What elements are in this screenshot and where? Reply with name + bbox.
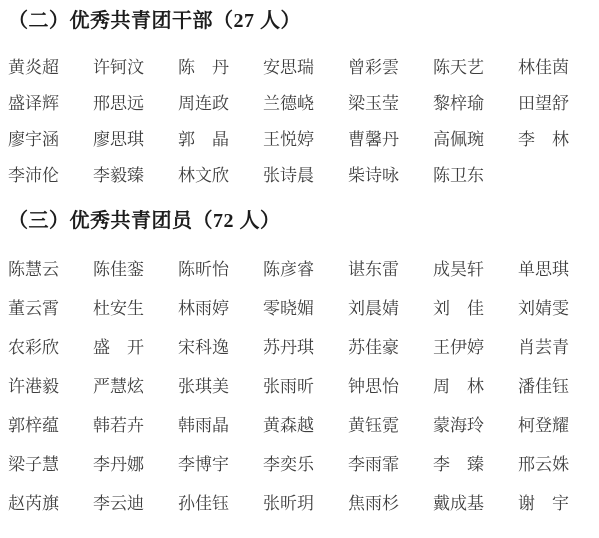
person-name: 盛 开 xyxy=(93,328,178,367)
person-name: 周 林 xyxy=(433,367,518,406)
person-name: 李沛伦 xyxy=(8,158,93,194)
person-name: 陈昕怡 xyxy=(178,250,263,289)
person-name: 农彩欣 xyxy=(8,328,93,367)
person-name: 韩雨晶 xyxy=(178,406,263,445)
person-name: 柴诗咏 xyxy=(348,158,433,194)
person-name: 郭梓蕴 xyxy=(8,406,93,445)
person-name: 单思琪 xyxy=(518,250,599,289)
person-name: 陈卫东 xyxy=(433,158,518,194)
name-row: 黄炎超许钶汶陈 丹安思瑞曾彩雲陈天艺林佳茵 xyxy=(8,50,599,86)
document-page: （二）优秀共青团干部（27 人） 黄炎超许钶汶陈 丹安思瑞曾彩雲陈天艺林佳茵盛译… xyxy=(0,0,599,538)
person-name: 杜安生 xyxy=(93,289,178,328)
person-name: 蒙海玲 xyxy=(433,406,518,445)
person-name: 曾彩雲 xyxy=(348,50,433,86)
person-name: 陈 丹 xyxy=(178,50,263,86)
name-row: 陈慧云陈佳銮陈昕怡陈彦睿谌东雷成昊轩单思琪 xyxy=(8,250,599,289)
person-name: 周连政 xyxy=(178,86,263,122)
person-name: 廖宇涵 xyxy=(8,122,93,158)
name-row: 盛译辉邢思远周连政兰德峣梁玉莹黎梓瑜田望舒 xyxy=(8,86,599,122)
person-name: 邢思远 xyxy=(93,86,178,122)
person-name: 许钶汶 xyxy=(93,50,178,86)
person-name: 张昕玥 xyxy=(263,484,348,523)
name-row: 许港毅严慧炫张琪美张雨昕钟思怡周 林潘佳钰 xyxy=(8,367,599,406)
name-row: 赵芮旗李云迪孙佳钰张昕玥焦雨杉戴成基谢 宇 xyxy=(8,484,599,523)
person-name: 李 臻 xyxy=(433,445,518,484)
person-name: 刘 佳 xyxy=(433,289,518,328)
person-name: 曹馨丹 xyxy=(348,122,433,158)
name-row: 廖宇涵廖思琪郭 晶王悦婷曹馨丹高佩琬李 林 xyxy=(8,122,599,158)
person-name: 苏丹琪 xyxy=(263,328,348,367)
person-name: 李云迪 xyxy=(93,484,178,523)
section-title: （三）优秀共青团员（72 人） xyxy=(8,208,599,234)
name-row: 梁子慧李丹娜李博宇李奕乐李雨霏李 臻邢云姝 xyxy=(8,445,599,484)
person-name: 王伊婷 xyxy=(433,328,518,367)
person-name: 邢云姝 xyxy=(518,445,599,484)
person-name: 廖思琪 xyxy=(93,122,178,158)
person-name: 肖芸青 xyxy=(518,328,599,367)
name-list: 黄炎超许钶汶陈 丹安思瑞曾彩雲陈天艺林佳茵盛译辉邢思远周连政兰德峣梁玉莹黎梓瑜田… xyxy=(8,50,599,194)
person-name: 陈佳銮 xyxy=(93,250,178,289)
person-name: 张雨昕 xyxy=(263,367,348,406)
person-name: 林佳茵 xyxy=(518,50,599,86)
name-row: 郭梓蕴韩若卉韩雨晶黄森越黄钰霓蒙海玲柯登耀 xyxy=(8,406,599,445)
person-name: 韩若卉 xyxy=(93,406,178,445)
person-name: 梁玉莹 xyxy=(348,86,433,122)
person-name: 王悦婷 xyxy=(263,122,348,158)
person-name: 钟思怡 xyxy=(348,367,433,406)
person-name: 李博宇 xyxy=(178,445,263,484)
section-title: （二）优秀共青团干部（27 人） xyxy=(8,8,599,34)
person-name: 陈慧云 xyxy=(8,250,93,289)
person-name: 黎梓瑜 xyxy=(433,86,518,122)
person-name: 林文欣 xyxy=(178,158,263,194)
person-name: 成昊轩 xyxy=(433,250,518,289)
person-name: 刘婧雯 xyxy=(518,289,599,328)
name-row: 董云霄杜安生林雨婷零晓媚刘晨婧刘 佳刘婧雯 xyxy=(8,289,599,328)
person-name: 张诗晨 xyxy=(263,158,348,194)
section-youth-league-members: （三）优秀共青团员（72 人） 陈慧云陈佳銮陈昕怡陈彦睿谌东雷成昊轩单思琪董云霄… xyxy=(8,208,599,523)
person-name: 陈天艺 xyxy=(433,50,518,86)
person-name: 林雨婷 xyxy=(178,289,263,328)
person-name: 李毅臻 xyxy=(93,158,178,194)
person-name: 严慧炫 xyxy=(93,367,178,406)
person-name: 梁子慧 xyxy=(8,445,93,484)
person-name: 焦雨杉 xyxy=(348,484,433,523)
person-name: 郭 晶 xyxy=(178,122,263,158)
name-row: 李沛伦李毅臻林文欣张诗晨柴诗咏陈卫东 xyxy=(8,158,599,194)
person-name: 张琪美 xyxy=(178,367,263,406)
name-row: 农彩欣盛 开宋科逸苏丹琪苏佳豪王伊婷肖芸青 xyxy=(8,328,599,367)
person-name: 李雨霏 xyxy=(348,445,433,484)
person-name: 戴成基 xyxy=(433,484,518,523)
person-name: 李 林 xyxy=(518,122,599,158)
person-name: 赵芮旗 xyxy=(8,484,93,523)
person-name: 孙佳钰 xyxy=(178,484,263,523)
person-name: 安思瑞 xyxy=(263,50,348,86)
person-name: 许港毅 xyxy=(8,367,93,406)
name-list: 陈慧云陈佳銮陈昕怡陈彦睿谌东雷成昊轩单思琪董云霄杜安生林雨婷零晓媚刘晨婧刘 佳刘… xyxy=(8,250,599,523)
person-name: 黄钰霓 xyxy=(348,406,433,445)
person-name: 刘晨婧 xyxy=(348,289,433,328)
person-name: 田望舒 xyxy=(518,86,599,122)
person-name: 兰德峣 xyxy=(263,86,348,122)
person-name: 董云霄 xyxy=(8,289,93,328)
person-name: 盛译辉 xyxy=(8,86,93,122)
person-name: 苏佳豪 xyxy=(348,328,433,367)
person-name: 陈彦睿 xyxy=(263,250,348,289)
person-name: 黄炎超 xyxy=(8,50,93,86)
person-name: 高佩琬 xyxy=(433,122,518,158)
person-name: 柯登耀 xyxy=(518,406,599,445)
person-name: 李奕乐 xyxy=(263,445,348,484)
person-name: 宋科逸 xyxy=(178,328,263,367)
person-name: 谌东雷 xyxy=(348,250,433,289)
person-name: 潘佳钰 xyxy=(518,367,599,406)
person-name: 谢 宇 xyxy=(518,484,599,523)
person-name: 黄森越 xyxy=(263,406,348,445)
section-youth-league-cadres: （二）优秀共青团干部（27 人） 黄炎超许钶汶陈 丹安思瑞曾彩雲陈天艺林佳茵盛译… xyxy=(8,8,599,194)
person-name: 零晓媚 xyxy=(263,289,348,328)
person-name: 李丹娜 xyxy=(93,445,178,484)
